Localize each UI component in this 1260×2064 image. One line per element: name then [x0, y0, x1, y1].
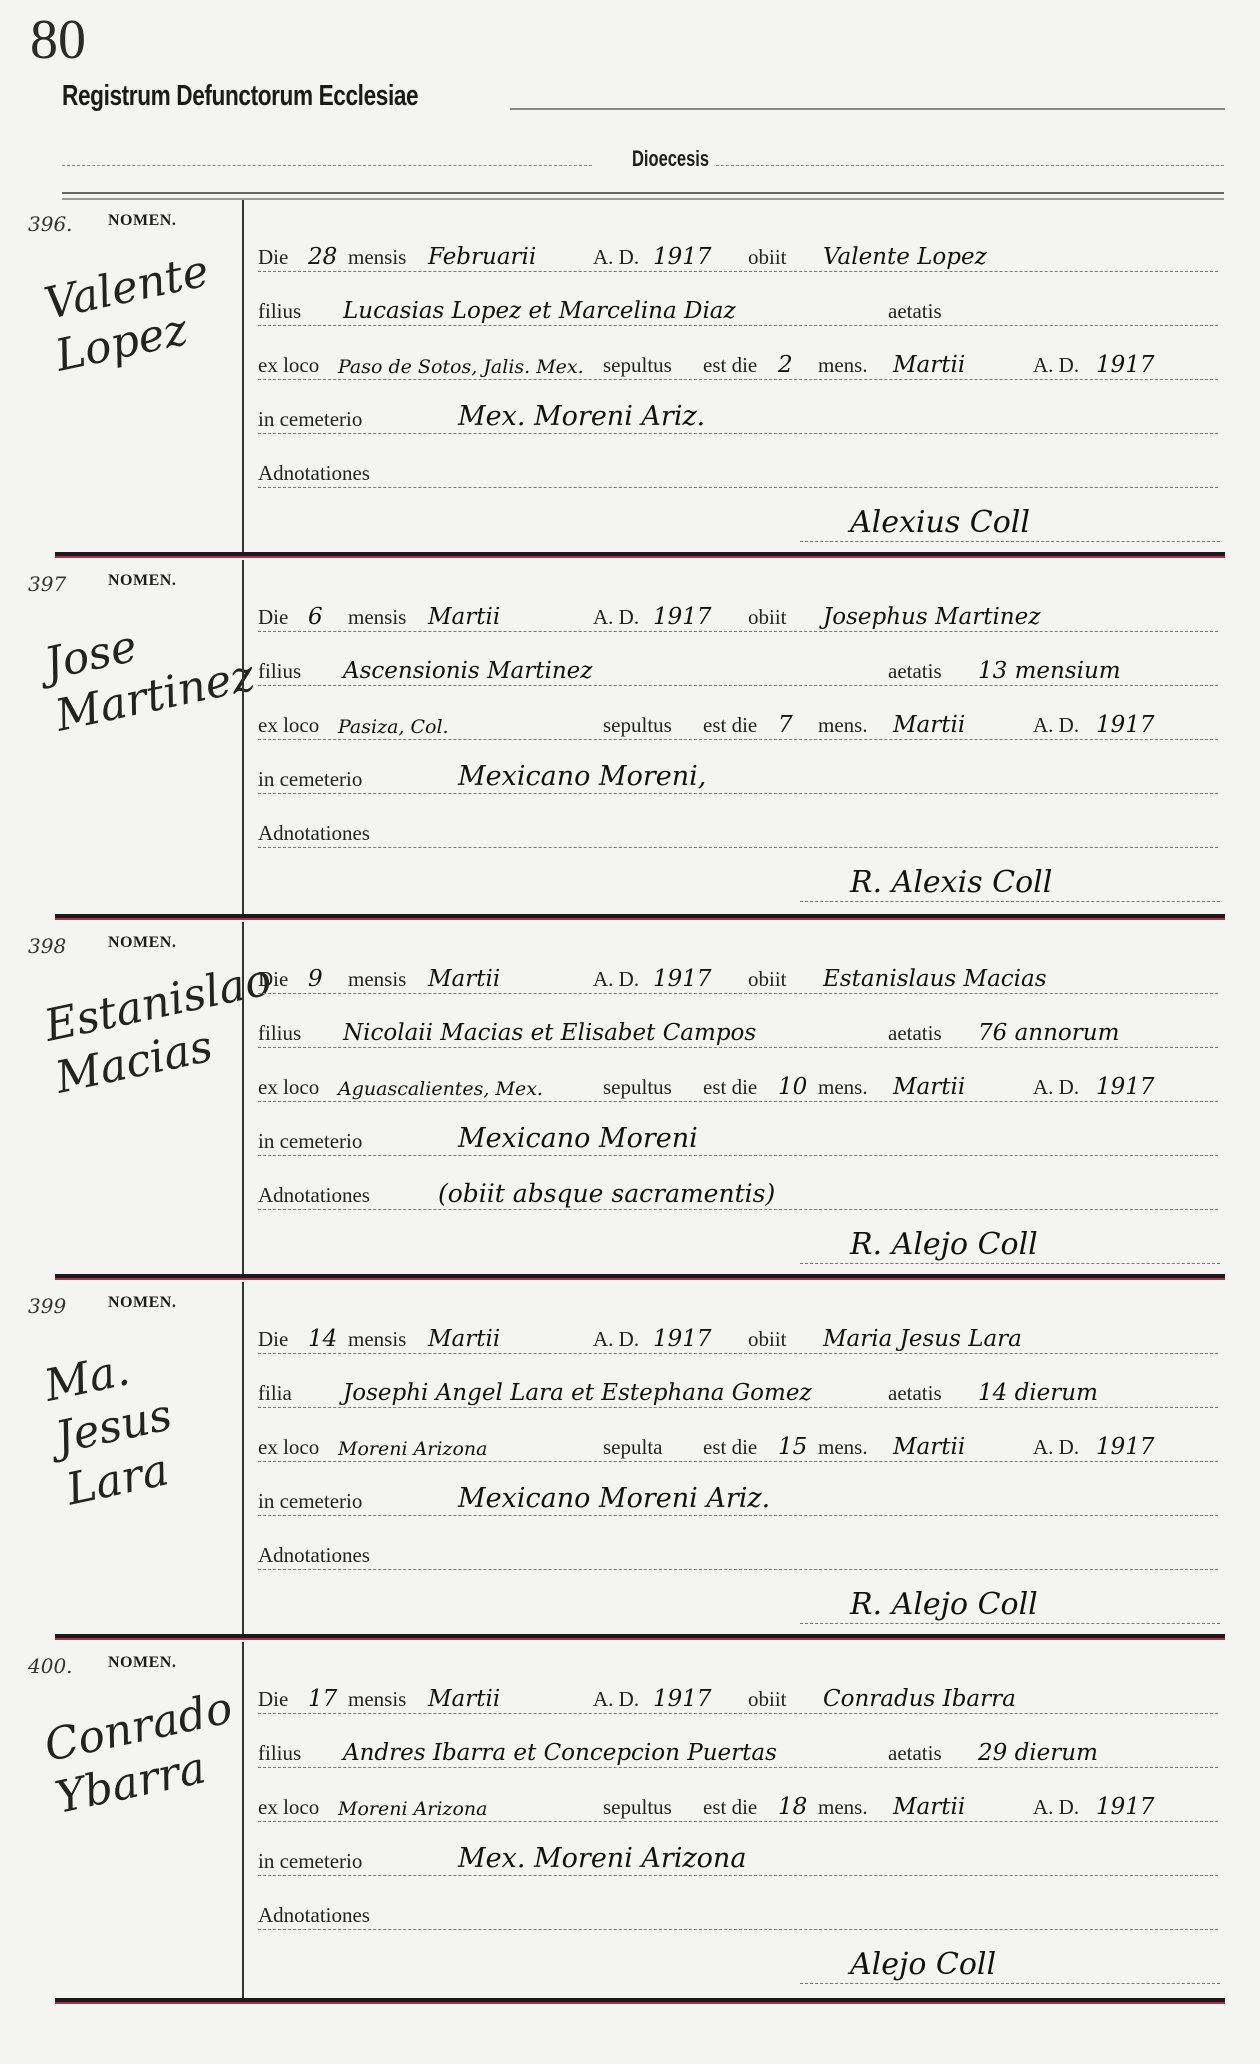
entry-separator [55, 552, 1225, 556]
title-underline [510, 108, 1225, 110]
burial-month: Martii [893, 1074, 965, 1100]
mens-label: mens. [818, 1435, 868, 1460]
cemetery-row: in cemeterio Mexicano Moreni Ariz. [258, 1474, 1218, 1524]
aetatis-label: aetatis [888, 1021, 942, 1046]
fill-line [258, 271, 1218, 272]
fill-line [258, 631, 1218, 632]
signature-line [800, 1263, 1220, 1264]
death-day: 14 [308, 1326, 337, 1352]
burial-month: Martii [893, 352, 965, 378]
cemetery-name: Mex. Moreni Ariz. [458, 401, 705, 432]
parents-names: Josephi Angel Lara et Estephana Gomez [343, 1380, 812, 1406]
annotations-row: Adnotationes [258, 446, 1218, 496]
signature-line [800, 1623, 1220, 1624]
die-label: Die [258, 605, 288, 630]
priest-signature: Alexius Coll [800, 498, 1220, 548]
priest-signature: R. Alejo Coll [800, 1580, 1220, 1630]
cemetery-label: in cemeterio [258, 1129, 362, 1154]
death-day: 17 [308, 1686, 337, 1712]
annotations-label: Adnotationes [258, 1903, 370, 1928]
signature-line [800, 1983, 1220, 1984]
death-month: Martii [428, 1326, 500, 1352]
fill-line [258, 993, 1218, 994]
column-divider [242, 922, 244, 1276]
ad-label: A. D. [1033, 1435, 1079, 1460]
column-divider [242, 1282, 244, 1636]
fill-line [258, 739, 1218, 740]
fill-line [258, 1515, 1218, 1516]
obiit-label: obiit [748, 967, 787, 992]
annotations-label: Adnotationes [258, 1183, 370, 1208]
entry-separator [55, 1998, 1225, 2002]
sepultus-label: sepulta [603, 1435, 662, 1460]
register-entry: 399 NOMEN. Ma. Jesus Lara Die 14 mensis … [0, 1282, 1260, 1640]
fill-line [258, 1407, 1218, 1408]
entry-separator [55, 914, 1225, 918]
die-label: Die [258, 1327, 288, 1352]
filius-label: filius [258, 1021, 301, 1046]
entry-number: 398 [28, 934, 66, 958]
age: 29 dierum [978, 1740, 1098, 1766]
annotations-label: Adnotationes [258, 821, 370, 846]
ex-loco-label: ex loco [258, 1435, 319, 1460]
burial-month: Martii [893, 1434, 965, 1460]
est-die-label: est die [703, 1435, 757, 1460]
death-month: Martii [428, 1686, 500, 1712]
fill-line [258, 325, 1218, 326]
nomen-label: NOMEN. [108, 1654, 176, 1672]
nomen-label: NOMEN. [108, 212, 176, 230]
burial-day: 15 [778, 1434, 807, 1460]
ex-loco-label: ex loco [258, 353, 319, 378]
parents-row: filius Lucasias Lopez et Marcelina Diaz … [258, 284, 1218, 334]
burial-year: 1917 [1096, 1434, 1155, 1460]
burial-year: 1917 [1096, 352, 1155, 378]
page-number: 80 [30, 8, 86, 72]
burial-year: 1917 [1096, 1074, 1155, 1100]
mensis-label: mensis [348, 967, 406, 992]
sepultus-label: sepultus [603, 1075, 672, 1100]
nomen-label: NOMEN. [108, 934, 176, 952]
ad-label: A. D. [593, 1327, 639, 1352]
parents-row: filius Ascensionis Martinez aetatis 13 m… [258, 644, 1218, 694]
est-die-label: est die [703, 353, 757, 378]
entry-separator [55, 1634, 1225, 1638]
place-of-origin: Moreni Arizona [338, 1798, 487, 1820]
death-year: 1917 [653, 1686, 712, 1712]
signature-text: R. Alexis Coll [850, 865, 1052, 900]
register-entry: 398 NOMEN. Estanislao Macias Die 9 mensi… [0, 922, 1260, 1280]
entry-number: 399 [28, 1294, 66, 1318]
entry-separator [55, 1274, 1225, 1278]
register-title: Registrum Defunctorum Ecclesiae [62, 80, 418, 113]
aetatis-label: aetatis [888, 1381, 942, 1406]
aetatis-label: aetatis [888, 1741, 942, 1766]
place-burial-row: ex loco Paso de Sotos, Jalis. Mex. sepul… [258, 338, 1218, 388]
mensis-label: mensis [348, 1327, 406, 1352]
mens-label: mens. [818, 353, 868, 378]
fill-line [258, 1353, 1218, 1354]
burial-year: 1917 [1096, 1794, 1155, 1820]
die-label: Die [258, 1687, 288, 1712]
header-rule [62, 192, 1224, 200]
signature-text: Alejo Coll [850, 1947, 996, 1982]
death-month: Martii [428, 966, 500, 992]
parents-row: filia Josephi Angel Lara et Estephana Go… [258, 1366, 1218, 1416]
death-date-row: Die 17 mensis Martii A. D. 1917 obiit Co… [258, 1672, 1218, 1722]
death-month: Februarii [428, 244, 536, 270]
burial-month: Martii [893, 712, 965, 738]
fill-line [258, 1875, 1218, 1876]
annotations-text: (obiit absque sacramentis) [438, 1179, 775, 1208]
death-month: Martii [428, 604, 500, 630]
mens-label: mens. [818, 1795, 868, 1820]
death-day: 9 [308, 966, 323, 992]
ad-label: A. D. [593, 605, 639, 630]
ad-label: A. D. [1033, 353, 1079, 378]
mensis-label: mensis [348, 245, 406, 270]
diocese-label: Dioecesis [632, 146, 709, 172]
ad-label: A. D. [593, 245, 639, 270]
fill-line [258, 1569, 1218, 1570]
parents-names: Andres Ibarra et Concepcion Puertas [343, 1740, 777, 1766]
parents-names: Nicolaii Macias et Elisabet Campos [343, 1020, 756, 1046]
fill-line [258, 1767, 1218, 1768]
death-date-row: Die 14 mensis Martii A. D. 1917 obiit Ma… [258, 1312, 1218, 1362]
fill-line [258, 847, 1218, 848]
cemetery-name: Mexicano Moreni [458, 1123, 698, 1154]
fill-line [258, 1209, 1218, 1210]
place-of-origin: Moreni Arizona [338, 1438, 487, 1460]
register-entry: 400. NOMEN. Conrado Ybarra Die 17 mensis… [0, 1642, 1260, 2004]
fill-line [258, 379, 1218, 380]
burial-day: 18 [778, 1794, 807, 1820]
place-of-origin: Paso de Sotos, Jalis. Mex. [338, 356, 584, 378]
diocese-blank-right [716, 165, 1224, 166]
est-die-label: est die [703, 1795, 757, 1820]
ex-loco-label: ex loco [258, 1075, 319, 1100]
fill-line [258, 433, 1218, 434]
fill-line [258, 1461, 1218, 1462]
cemetery-name: Mexicano Moreni Ariz. [458, 1483, 770, 1514]
mensis-label: mensis [348, 1687, 406, 1712]
die-label: Die [258, 245, 288, 270]
burial-year: 1917 [1096, 712, 1155, 738]
mens-label: mens. [818, 1075, 868, 1100]
margin-name: Jose Martinez [40, 607, 218, 744]
signature-line [800, 901, 1220, 902]
annotations-row: Adnotationes (obiit absque sacramentis) [258, 1168, 1218, 1218]
signature-text: Alexius Coll [850, 505, 1030, 540]
ad-label: A. D. [1033, 1075, 1079, 1100]
deceased-name: Estanislaus Macias [823, 966, 1047, 992]
fill-line [258, 1155, 1218, 1156]
age: 76 annorum [978, 1020, 1119, 1046]
deceased-name: Josephus Martinez [823, 604, 1040, 630]
place-burial-row: ex loco Moreni Arizona sepultus est die … [258, 1780, 1218, 1830]
cemetery-label: in cemeterio [258, 1849, 362, 1874]
cemetery-label: in cemeterio [258, 767, 362, 792]
margin-name: Conrado Ybarra [40, 1689, 218, 1826]
death-date-row: Die 6 mensis Martii A. D. 1917 obiit Jos… [258, 590, 1218, 640]
place-burial-row: ex loco Pasiza, Col. sepultus est die 7 … [258, 698, 1218, 748]
entry-number: 396. [28, 212, 73, 236]
obiit-label: obiit [748, 1327, 787, 1352]
death-year: 1917 [653, 604, 712, 630]
place-burial-row: ex loco Moreni Arizona sepulta est die 1… [258, 1420, 1218, 1470]
column-divider [242, 560, 244, 916]
parents-row: filius Nicolaii Macias et Elisabet Campo… [258, 1006, 1218, 1056]
cemetery-row: in cemeterio Mex. Moreni Arizona [258, 1834, 1218, 1884]
nomen-label: NOMEN. [108, 572, 176, 590]
fill-line [258, 1101, 1218, 1102]
sepultus-label: sepultus [603, 1795, 672, 1820]
signature-text: R. Alejo Coll [850, 1227, 1038, 1262]
register-entry: 396. NOMEN. Valente Lopez Die 28 mensis … [0, 200, 1260, 558]
column-divider [242, 1642, 244, 2000]
margin-name: Valente Lopez [40, 247, 218, 384]
deceased-name: Maria Jesus Lara [823, 1326, 1022, 1352]
death-day: 28 [308, 244, 337, 270]
annotations-row: Adnotationes [258, 1888, 1218, 1938]
priest-signature: R. Alexis Coll [800, 858, 1220, 908]
aetatis-label: aetatis [888, 299, 942, 324]
cemetery-name: Mex. Moreni Arizona [458, 1843, 746, 1874]
ad-label: A. D. [1033, 713, 1079, 738]
fill-line [258, 1821, 1218, 1822]
cemetery-name: Mexicano Moreni, [458, 761, 706, 792]
death-year: 1917 [653, 244, 712, 270]
ad-label: A. D. [593, 967, 639, 992]
annotations-row: Adnotationes [258, 806, 1218, 856]
deceased-name: Valente Lopez [823, 244, 987, 270]
obiit-label: obiit [748, 1687, 787, 1712]
annotations-label: Adnotationes [258, 1543, 370, 1568]
cemetery-label: in cemeterio [258, 1489, 362, 1514]
fill-line [258, 793, 1218, 794]
entry-number: 400. [28, 1654, 73, 1678]
fill-line [258, 685, 1218, 686]
filius-label: filius [258, 1741, 301, 1766]
death-date-row: Die 28 mensis Februarii A. D. 1917 obiit… [258, 230, 1218, 280]
burial-day: 7 [778, 712, 793, 738]
deceased-name: Conradus Ibarra [823, 1686, 1016, 1712]
burial-month: Martii [893, 1794, 965, 1820]
fill-line [258, 487, 1218, 488]
obiit-label: obiit [748, 605, 787, 630]
mens-label: mens. [818, 713, 868, 738]
est-die-label: est die [703, 1075, 757, 1100]
ad-label: A. D. [593, 1687, 639, 1712]
priest-signature: Alejo Coll [800, 1940, 1220, 1990]
die-label: Die [258, 967, 288, 992]
filius-label: filia [258, 1381, 292, 1406]
burial-day: 2 [778, 352, 793, 378]
ad-label: A. D. [1033, 1795, 1079, 1820]
cemetery-label: in cemeterio [258, 407, 362, 432]
entry-number: 397 [28, 572, 66, 596]
aetatis-label: aetatis [888, 659, 942, 684]
annotations-row: Adnotationes [258, 1528, 1218, 1578]
fill-line [258, 1929, 1218, 1930]
annotations-label: Adnotationes [258, 461, 370, 486]
filius-label: filius [258, 659, 301, 684]
filius-label: filius [258, 299, 301, 324]
register-entry: 397 NOMEN. Jose Martinez Die 6 mensis Ma… [0, 560, 1260, 920]
fill-line [258, 1047, 1218, 1048]
ex-loco-label: ex loco [258, 713, 319, 738]
place-burial-row: ex loco Aguascalientes, Mex. sepultus es… [258, 1060, 1218, 1110]
death-year: 1917 [653, 966, 712, 992]
death-day: 6 [308, 604, 323, 630]
priest-signature: R. Alejo Coll [800, 1220, 1220, 1270]
place-of-origin: Pasiza, Col. [338, 716, 449, 738]
mensis-label: mensis [348, 605, 406, 630]
diocese-blank-left [62, 165, 592, 166]
age: 13 mensium [978, 658, 1121, 684]
parents-names: Ascensionis Martinez [343, 658, 592, 684]
death-year: 1917 [653, 1326, 712, 1352]
place-of-origin: Aguascalientes, Mex. [338, 1078, 543, 1100]
fill-line [258, 1713, 1218, 1714]
margin-name: Estanislao Macias [40, 969, 218, 1106]
est-die-label: est die [703, 713, 757, 738]
nomen-label: NOMEN. [108, 1294, 176, 1312]
cemetery-row: in cemeterio Mexicano Moreni, [258, 752, 1218, 802]
cemetery-row: in cemeterio Mex. Moreni Ariz. [258, 392, 1218, 442]
margin-name: Ma. Jesus Lara [40, 1329, 229, 1517]
parents-names: Lucasias Lopez et Marcelina Diaz [343, 298, 736, 324]
burial-day: 10 [778, 1074, 807, 1100]
age: 14 dierum [978, 1380, 1098, 1406]
column-divider [242, 200, 244, 554]
death-date-row: Die 9 mensis Martii A. D. 1917 obiit Est… [258, 952, 1218, 1002]
parents-row: filius Andres Ibarra et Concepcion Puert… [258, 1726, 1218, 1776]
signature-text: R. Alejo Coll [850, 1587, 1038, 1622]
signature-line [800, 541, 1220, 542]
cemetery-row: in cemeterio Mexicano Moreni [258, 1114, 1218, 1164]
obiit-label: obiit [748, 245, 787, 270]
sepultus-label: sepultus [603, 353, 672, 378]
ex-loco-label: ex loco [258, 1795, 319, 1820]
sepultus-label: sepultus [603, 713, 672, 738]
